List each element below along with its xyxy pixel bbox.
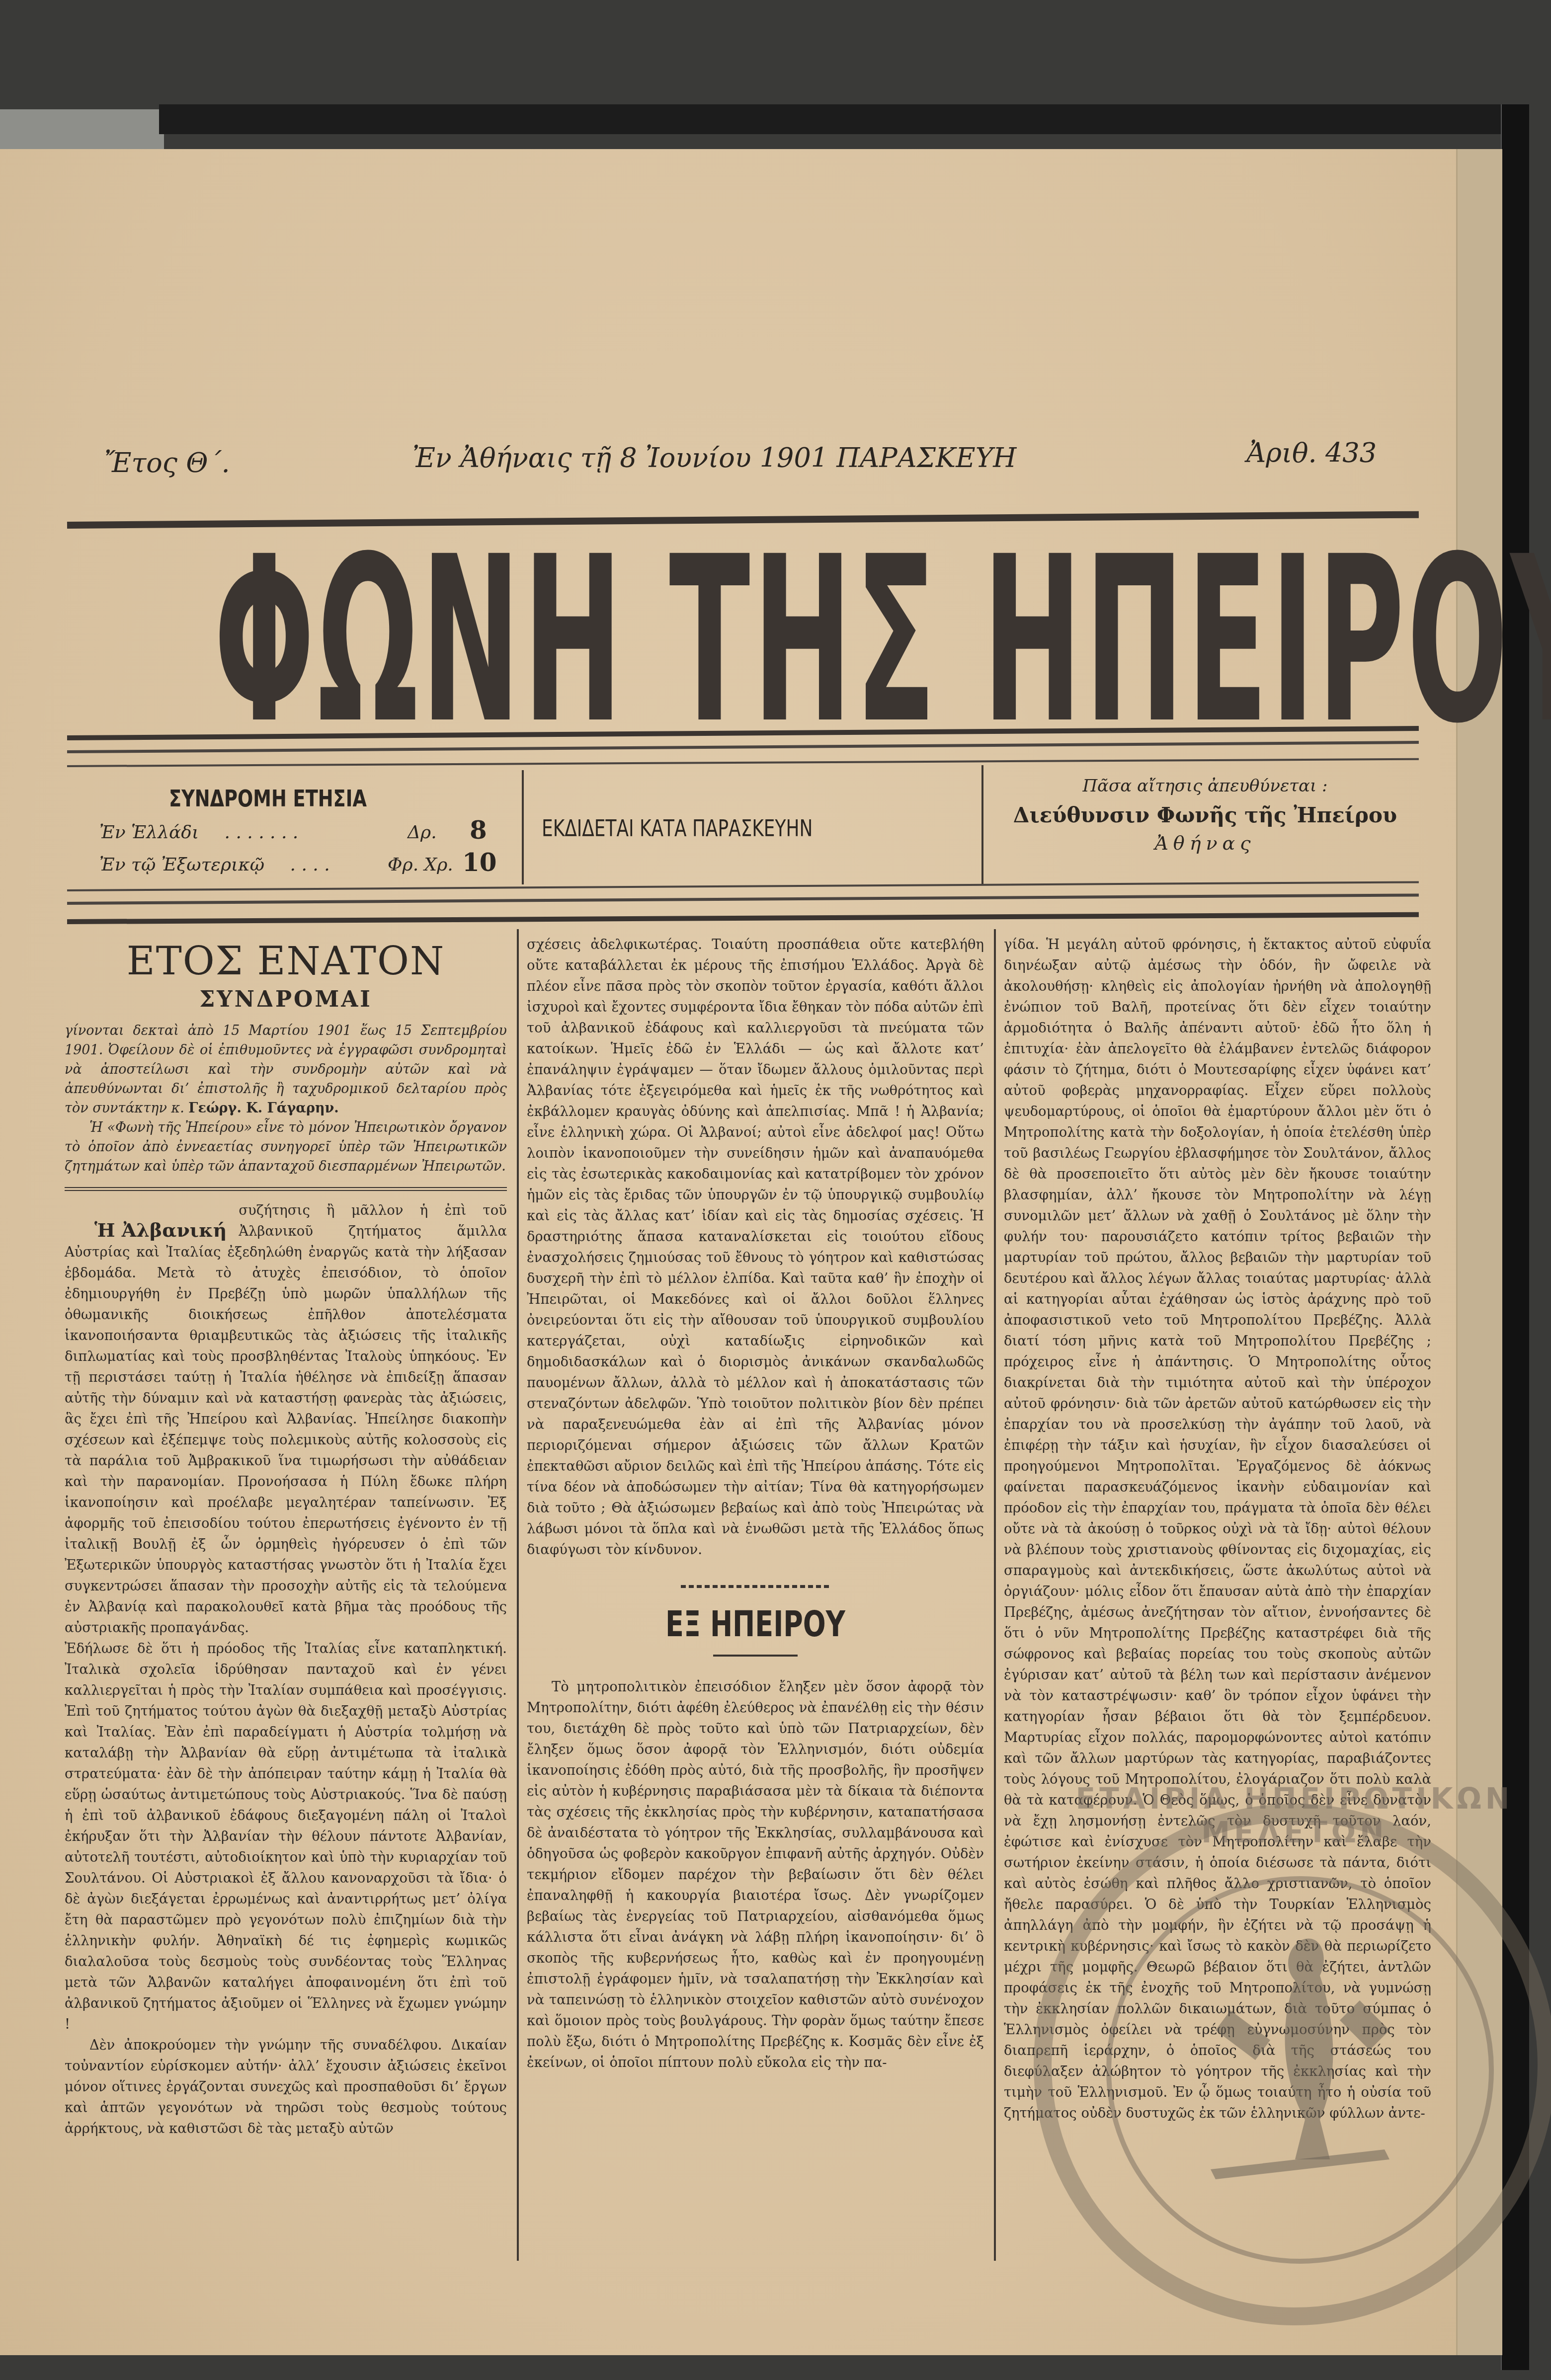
publication-schedule: ΕΚΔΙΔΕΤΑΙ ΚΑΤΑ ΠΑΡΑΣΚΕΥΗΝ <box>542 815 813 842</box>
section-divider <box>65 1187 507 1191</box>
dateline: Ἐν Ἀθήναις τῇ 8 Ἰουνίου 1901 ΠΑΡΑΣΚΕΥΗ <box>412 442 1016 474</box>
article-ex-ipeirou: Τὸ μητροπολιτικὸν ἐπεισόδιον ἔληξεν μὲν … <box>527 1676 984 2073</box>
binder-top-edge <box>159 104 1521 134</box>
notice-about-paper: Ἡ «Φωνὴ τῆς Ἠπείρου» εἶνε τὸ μόνον Ἠπειρ… <box>65 1118 507 1176</box>
column-1: ΕΤΟΣ ΕΝΑΤΟΝ ΣΥΝΔΡΟΜΑΙ γίνονται δεκταὶ ἀπ… <box>65 934 507 2266</box>
article-albanian-question: Ἡ Ἀλβανική συζήτησις ἢ μᾶλλον ἡ ἐπὶ τοῦ … <box>65 1200 507 2139</box>
address-line-1: Πᾶσα αἴτησις ἀπευθύνεται : <box>989 776 1421 796</box>
bird-emblem-icon <box>1171 1911 1419 2189</box>
subscription-notice: γίνονται δεκταὶ ἀπὸ 15 Μαρτίου 1901 ἕως … <box>65 1021 507 1118</box>
address-line-2: Διεύθυνσιν Φωνῆς τῆς Ἠπείρου <box>989 803 1421 827</box>
article-continued: σχέσεις ἀδελφικωτέρας. Τοιαύτη προσπάθει… <box>527 934 984 1560</box>
library-stamp: ΕΤΑΙΡΙΑ ΗΠΕΙΡΩΤΙΚΩΝ ΜΕΛΕΤΩΝ <box>1034 1804 1551 2325</box>
address-box: Πᾶσα αἴτησις ἀπευθύνεται : Διεύθυνσιν Φω… <box>989 770 1421 879</box>
band-rule-6 <box>67 912 1419 924</box>
subscription-box: ΣΥΝΔΡΟΜΗ ΕΤΗΣΙΑ Ἐν Ἑλλάδι . . . . . . . … <box>70 775 517 879</box>
newspaper-title: ΦΩΝΗ ΤΗΣ ΗΠΕΙΡΟΥ <box>214 537 1307 725</box>
issue-number: Ἀριθ. 433 <box>1246 437 1377 469</box>
band-rule-4 <box>67 881 1419 891</box>
address-line-3: Ἀθήνας <box>989 832 1421 854</box>
band-divider-2 <box>981 765 983 884</box>
heading-etos-enaton: ΕΤΟΣ ΕΝΑΤΟΝ <box>65 939 507 984</box>
band-rule-5 <box>67 893 1419 905</box>
column-2: σχέσεις ἀδελφικωτέρας. Τοιαύτη προσπάθει… <box>527 934 984 2266</box>
column-divider-1 <box>517 929 519 2261</box>
heading-underline <box>713 1655 798 1657</box>
stamp-text: ΕΤΑΙΡΙΑ ΗΠΕΙΡΩΤΙΚΩΝ ΜΕΛΕΤΩΝ <box>1052 1782 1538 1849</box>
newspaper-page: Ἔτος Θ΄. Ἐν Ἀθήναις τῇ 8 Ἰουνίου 1901 ΠΑ… <box>0 149 1456 2355</box>
heading-ex-ipeirou: ΕΞ ΗΠΕΙΡΟΥ <box>584 1603 927 1645</box>
subscription-heading: ΣΥΝΔΡΟΜΗ ΕΤΗΣΙΑ <box>169 785 367 812</box>
article-lead: Ἡ Ἀλβανική <box>94 1220 227 1241</box>
subscription-row-domestic: Ἐν Ἑλλάδι . . . . . . . Δρ. 8 <box>99 822 497 843</box>
column-divider-2 <box>994 929 996 2261</box>
year-label: Ἔτος Θ΄. <box>104 447 230 478</box>
heading-syndromai: ΣΥΝΔΡΟΜΑΙ <box>65 987 507 1012</box>
band-divider-1 <box>522 770 524 884</box>
ornament-divider <box>681 1585 830 1588</box>
masthead-dateline-row: Ἔτος Θ΄. Ἐν Ἀθήναις τῇ 8 Ἰουνίου 1901 ΠΑ… <box>75 447 1396 487</box>
subscription-row-abroad: Ἐν τῷ Ἐξωτερικῷ . . . . Φρ. Χρ. 10 <box>99 855 497 875</box>
